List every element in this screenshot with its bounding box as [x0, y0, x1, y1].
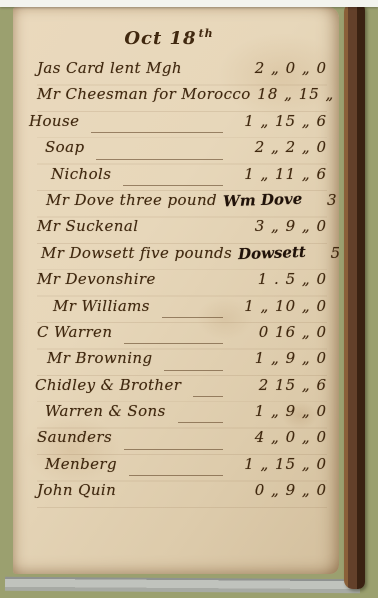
ledger-row: John Quin 0 „ 9 „ 0: [37, 481, 327, 507]
entry-amount: 1 „ 9 „ 0: [233, 349, 327, 367]
entry-amount: 3 „ 9 „ 0: [233, 217, 327, 235]
ledger-row: Warren & Sons 1 „ 9 „ 0: [45, 402, 327, 428]
ledger-row: Soap 2 „ 2 „ 0: [45, 138, 327, 164]
photo-top-strip: [0, 0, 378, 7]
date-superscript: th: [199, 27, 214, 40]
entry-name: Mr Williams: [53, 297, 150, 315]
ledger-row: Menberg 1 „ 15 „ 0: [45, 455, 327, 481]
ledger-entries: Jas Card lent Mgh 2 „ 0 „ 0 Mr Cheesman …: [37, 59, 327, 508]
ruled-dash: [178, 422, 223, 423]
ledger-page: Oct 18th Jas Card lent Mgh 2 „ 0 „ 0 Mr …: [13, 7, 339, 574]
entry-amount: 3 „ 0 „ 0: [305, 191, 339, 209]
ledger-row: Jas Card lent Mgh 2 „ 0 „ 0: [37, 59, 327, 85]
ledger-row: Mr Dove three pound Wm Dove 3 „ 0 „ 0: [46, 191, 327, 217]
entry-name: John Quin: [37, 481, 116, 499]
entry-amount: 5 „ 0 „ 0: [309, 244, 339, 262]
ruled-dash: [124, 343, 223, 344]
entry-amount: 1 „ 10 „ 0: [233, 297, 327, 315]
date-text: Oct 18: [124, 28, 196, 49]
entry-name: House: [29, 112, 79, 130]
entry-amount: 18 „ 15 „ 0: [257, 85, 339, 103]
entry-amount: 1 „ 11 „ 6: [233, 165, 327, 183]
ledger-row: Saunders 4 „ 0 „ 0: [37, 428, 327, 454]
page-surface: Oct 18th Jas Card lent Mgh 2 „ 0 „ 0 Mr …: [13, 7, 339, 574]
entry-name: Nichols: [51, 165, 111, 183]
ledger-row: Mr Dowsett five pounds Dowsett 5 „ 0 „ 0: [41, 244, 327, 270]
entry-amount: 2 „ 0 „ 0: [233, 59, 327, 77]
ruled-dash: [124, 449, 223, 450]
entry-amount: 0 16 „ 0: [233, 323, 327, 341]
ledger-row: Mr Devonshire 1 . 5 „ 0: [37, 270, 327, 296]
entry-name: Mr Dove three pound: [46, 191, 217, 209]
entry-name: C Warren: [37, 323, 112, 341]
entry-amount: 1 . 5 „ 0: [233, 270, 327, 288]
ledger-row: Mr Cheesman for Morocco 18 „ 15 „ 0: [37, 85, 327, 111]
entry-name: Mr Dowsett five pounds: [41, 244, 232, 262]
entry-amount: 1 „ 9 „ 0: [233, 402, 327, 420]
page-title: Oct 18th: [13, 27, 339, 49]
photo-of-ledger: { "header": { "date_line": "Oct 18", "da…: [0, 0, 378, 598]
entry-name: Saunders: [37, 428, 112, 446]
ruled-dash: [123, 185, 223, 186]
ruled-dash: [96, 159, 223, 160]
ruled-dash: [162, 317, 223, 318]
entry-amount: 2 15 „ 6: [233, 376, 327, 394]
entry-amount: 0 „ 9 „ 0: [233, 481, 327, 499]
entry-name: Menberg: [45, 455, 117, 473]
ledger-row: Nichols 1 „ 11 „ 6: [51, 165, 327, 191]
entry-name: Mr Suckenal: [37, 217, 138, 235]
entry-signature: Dowsett: [238, 243, 306, 263]
ruled-dash: [193, 396, 223, 397]
entry-name: Mr Devonshire: [37, 270, 156, 288]
entry-name: Mr Browning: [47, 349, 152, 367]
entry-amount: 2 „ 2 „ 0: [233, 138, 327, 156]
entry-name: Chidley & Brother: [35, 376, 181, 394]
entry-name: Jas Card lent Mgh: [37, 59, 182, 77]
entry-name: Warren & Sons: [45, 402, 166, 420]
entry-signature: Wm Dove: [223, 190, 303, 211]
ledger-row: C Warren 0 16 „ 0: [37, 323, 327, 349]
book-gutter-pages: [0, 5, 14, 590]
entry-name: Mr Cheesman for Morocco: [37, 85, 251, 103]
ledger-row: Mr Williams 1 „ 10 „ 0: [53, 297, 327, 323]
ledger-row: House 1 „ 15 „ 6: [29, 112, 327, 138]
book-cover-edge: [344, 3, 365, 589]
ledger-row: Chidley & Brother 2 15 „ 6: [35, 376, 327, 402]
entry-amount: 1 „ 15 „ 6: [233, 112, 327, 130]
ruled-dash: [129, 475, 223, 476]
ledger-row: Mr Suckenal 3 „ 9 „ 0: [37, 217, 327, 243]
entry-amount: 1 „ 15 „ 0: [233, 455, 327, 473]
entry-name: Soap: [45, 138, 84, 156]
ledger-row: Mr Browning 1 „ 9 „ 0: [47, 349, 327, 375]
entry-amount: 4 „ 0 „ 0: [233, 428, 327, 446]
underlying-pages-edge: [5, 577, 360, 593]
ruled-dash: [91, 132, 223, 133]
ruled-dash: [164, 370, 223, 371]
